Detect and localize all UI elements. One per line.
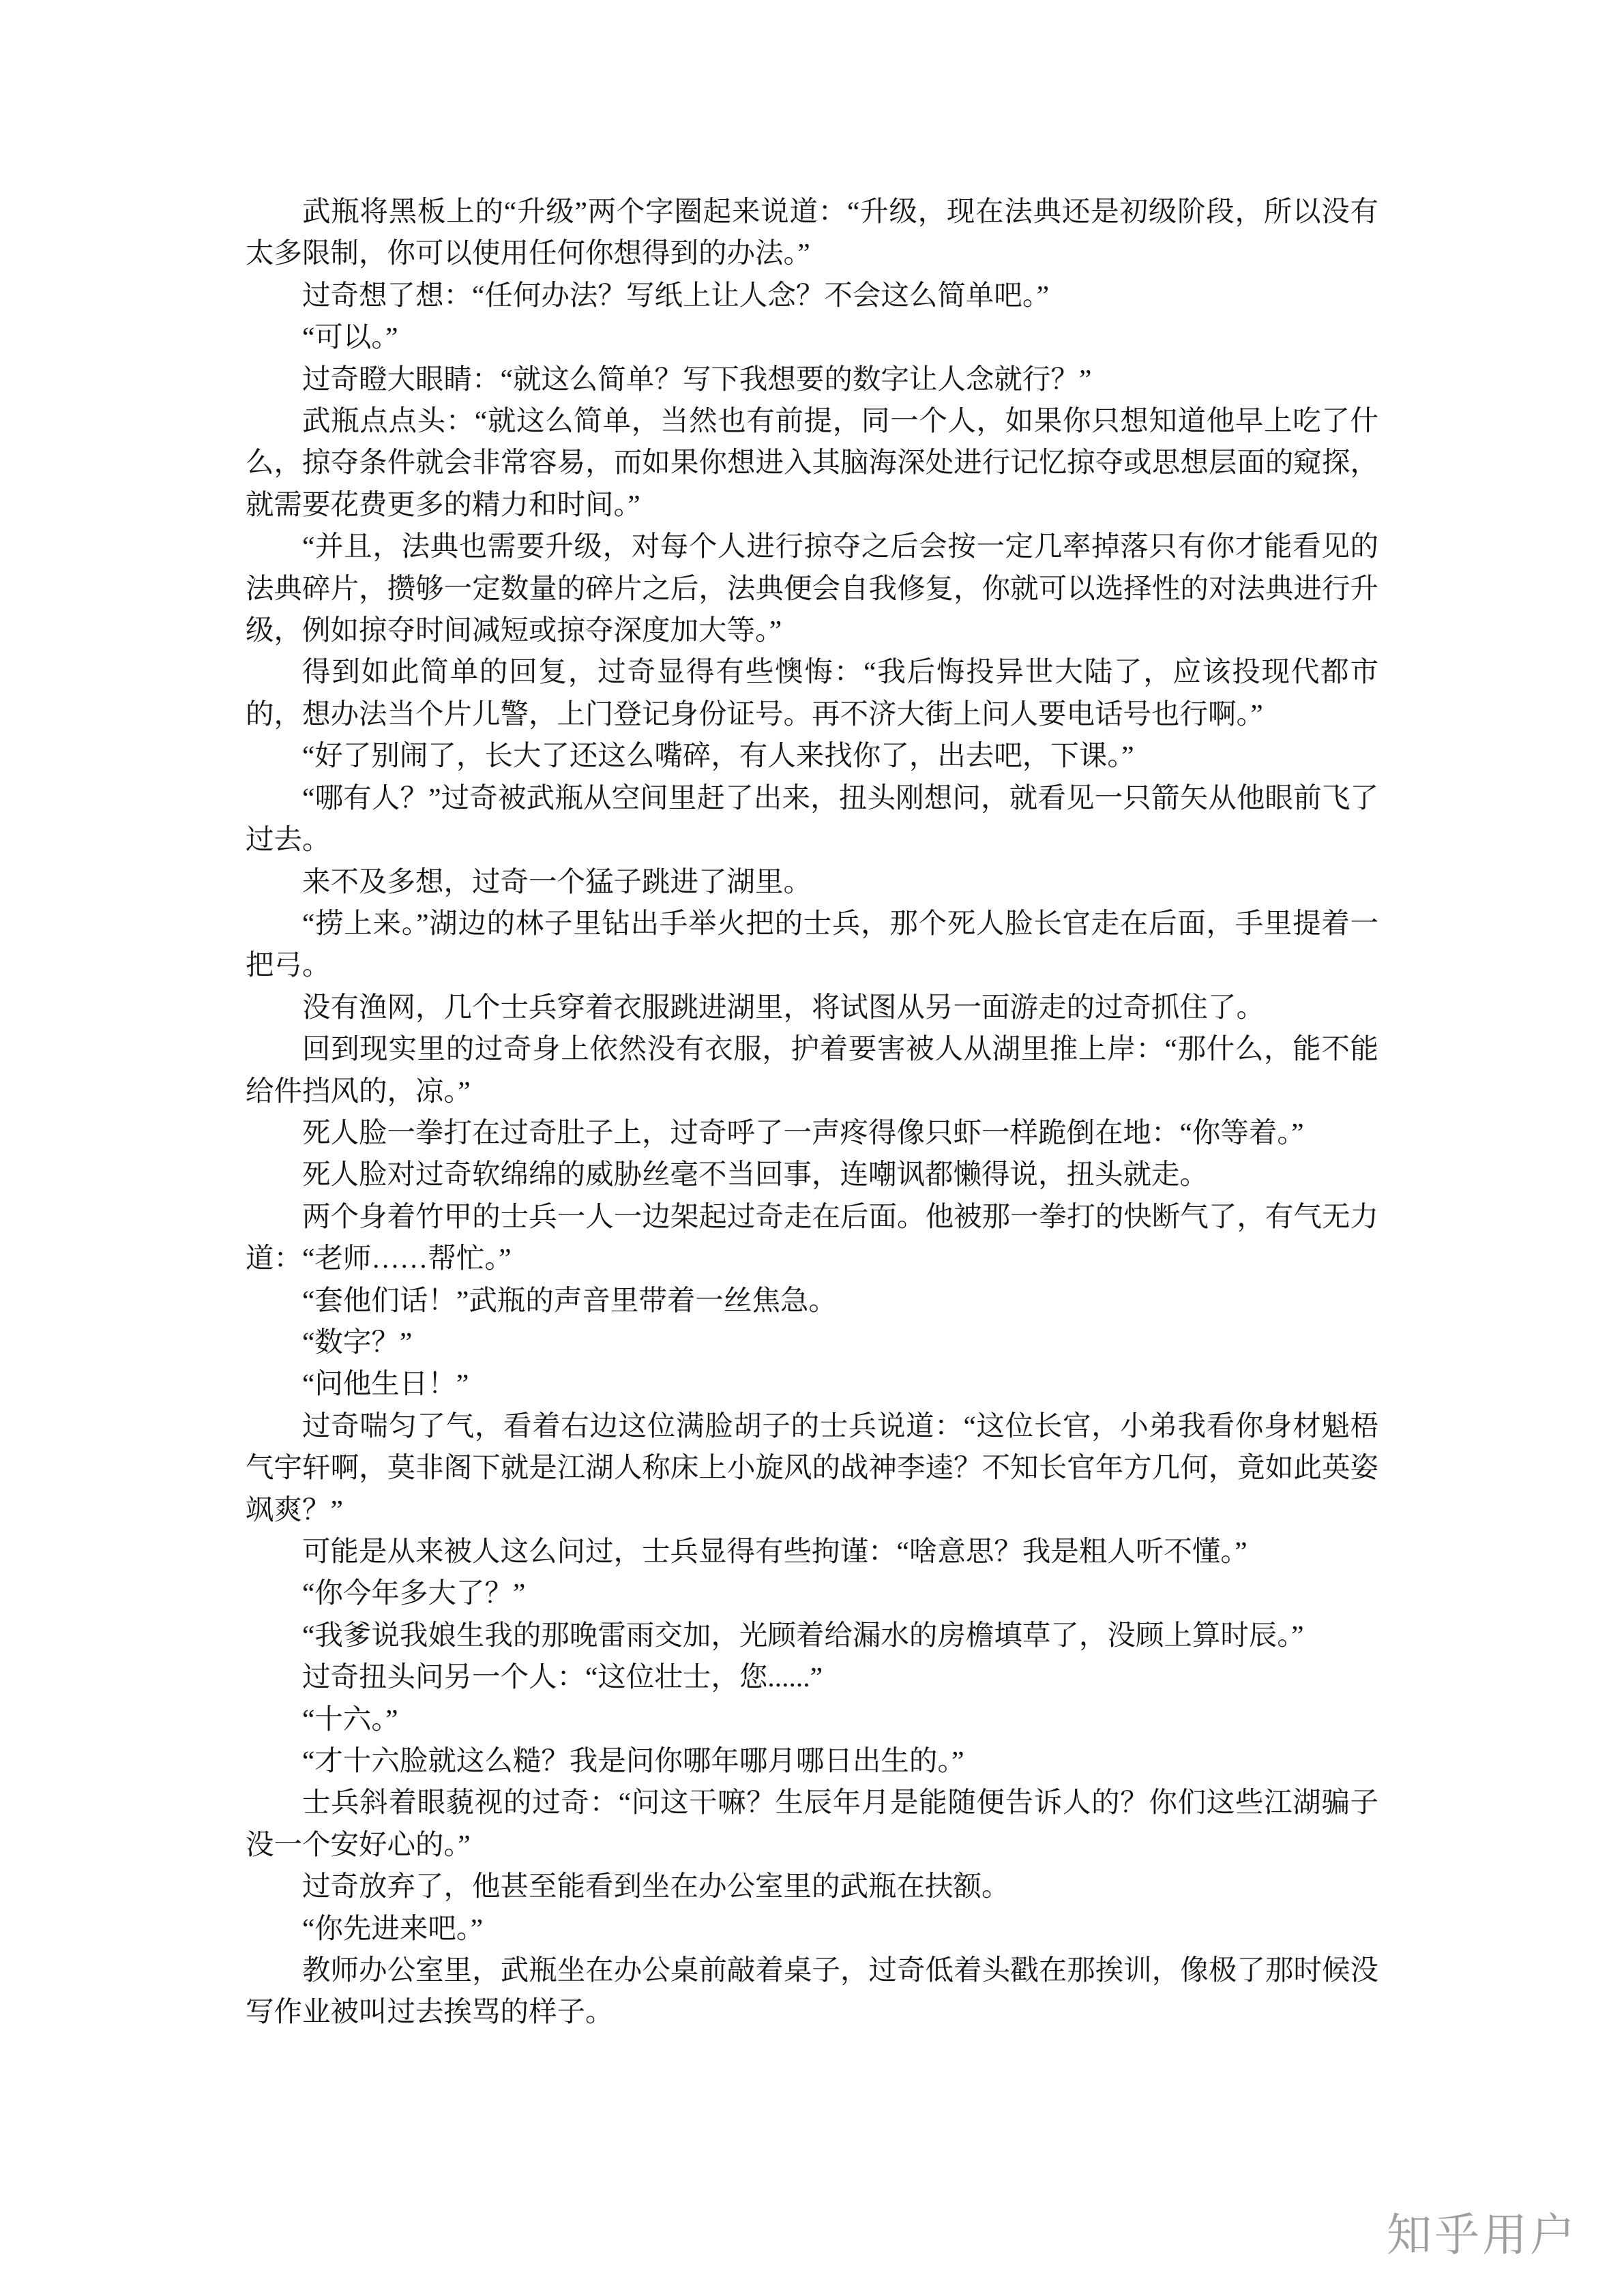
- paragraph: 士兵斜着眼藐视的过奇：“问这干嘛？生辰年月是能随便告诉人的？你们这些江湖骗子没一…: [246, 1782, 1378, 1866]
- paragraph: “并且，法典也需要升级，对每个人进行掠夺之后会按一定几率掉落只有你才能看见的法典…: [246, 526, 1378, 651]
- paragraph: “哪有人？”过奇被武瓶从空间里赶了出来，扭头刚想问，就看见一只箭矢从他眼前飞了过…: [246, 777, 1378, 861]
- screenshot-root: { "page": { "background_color": "#ffffff…: [0, 0, 1624, 2296]
- paragraph: “我爹说我娘生我的那晚雷雨交加，光顾着给漏水的房檐填草了，没顾上算时辰。”: [246, 1615, 1378, 1656]
- paragraph: 过奇瞪大眼睛：“就这么简单？写下我想要的数字让人念就行？”: [246, 359, 1378, 400]
- paragraph: “数字？”: [246, 1322, 1378, 1363]
- paragraph: 死人脸对过奇软绵绵的威胁丝毫不当回事，连嘲讽都懒得说，扭头就走。: [246, 1154, 1378, 1195]
- paragraph: “好了别闹了，长大了还这么嘴碎，有人来找你了，出去吧，下课。”: [246, 735, 1378, 777]
- paragraph: 过奇放弃了，他甚至能看到坐在办公室里的武瓶在扶额。: [246, 1866, 1378, 1907]
- paragraph: 回到现实里的过奇身上依然没有衣服，护着要害被人从湖里推上岸：“那什么，能不能给件…: [246, 1028, 1378, 1112]
- paragraph: 来不及多想，过奇一个猛子跳进了湖里。: [246, 861, 1378, 903]
- paragraph: 过奇想了想：“任何办法？写纸上让人念？不会这么简单吧。”: [246, 275, 1378, 316]
- paragraph: 两个身着竹甲的士兵一人一边架起过奇走在后面。他被那一拳打的快断气了，有气无力道：…: [246, 1196, 1378, 1280]
- paragraph: “你今年多大了？”: [246, 1572, 1378, 1614]
- paragraph: “可以。”: [246, 316, 1378, 358]
- paragraph: 过奇扭头问另一个人：“这位壮士，您......”: [246, 1656, 1378, 1698]
- paragraph: 没有渔网，几个士兵穿着衣服跳进湖里，将试图从另一面游走的过奇抓住了。: [246, 987, 1378, 1028]
- paragraph: 过奇喘匀了气，看着右边这位满脸胡子的士兵说道：“这位长官，小弟我看你身材魁梧气宇…: [246, 1405, 1378, 1531]
- paragraph: 教师办公室里，武瓶坐在办公桌前敲着桌子，过奇低着头戳在那挨训，像极了那时候没写作…: [246, 1950, 1378, 2033]
- paragraph: “十六。”: [246, 1699, 1378, 1740]
- paragraph: “才十六脸就这么糙？我是问你哪年哪月哪日出生的。”: [246, 1740, 1378, 1782]
- zhihu-user-watermark: 知乎用户: [1387, 2198, 1578, 2263]
- paragraph: 死人脸一拳打在过奇肚子上，过奇呼了一声疼得像只虾一样跪倒在地：“你等着。”: [246, 1112, 1378, 1154]
- paragraph: “你先进来吧。”: [246, 1908, 1378, 1950]
- paragraph: “套他们话！”武瓶的声音里带着一丝焦急。: [246, 1280, 1378, 1322]
- paragraph: “捞上来。”湖边的林子里钻出手举火把的士兵，那个死人脸长官走在后面，手里提着一把…: [246, 903, 1378, 987]
- document-page: 武瓶将黑板上的“升级”两个字圈起来说道：“升级，现在法典还是初级阶段，所以没有太…: [0, 0, 1624, 2296]
- paragraph: 武瓶点点头：“就这么简单，当然也有前提，同一个人，如果你只想知道他早上吃了什么，…: [246, 400, 1378, 526]
- paragraph: 得到如此简单的回复，过奇显得有些懊悔：“我后悔投异世大陆了，应该投现代都市的，想…: [246, 651, 1378, 735]
- paragraph: 可能是从来被人这么问过，士兵显得有些拘谨：“啥意思？我是粗人听不懂。”: [246, 1531, 1378, 1572]
- paragraph: 武瓶将黑板上的“升级”两个字圈起来说道：“升级，现在法典还是初级阶段，所以没有太…: [246, 191, 1378, 275]
- novel-text-block: 武瓶将黑板上的“升级”两个字圈起来说道：“升级，现在法典还是初级阶段，所以没有太…: [246, 191, 1378, 2033]
- paragraph: “问他生日！”: [246, 1363, 1378, 1405]
